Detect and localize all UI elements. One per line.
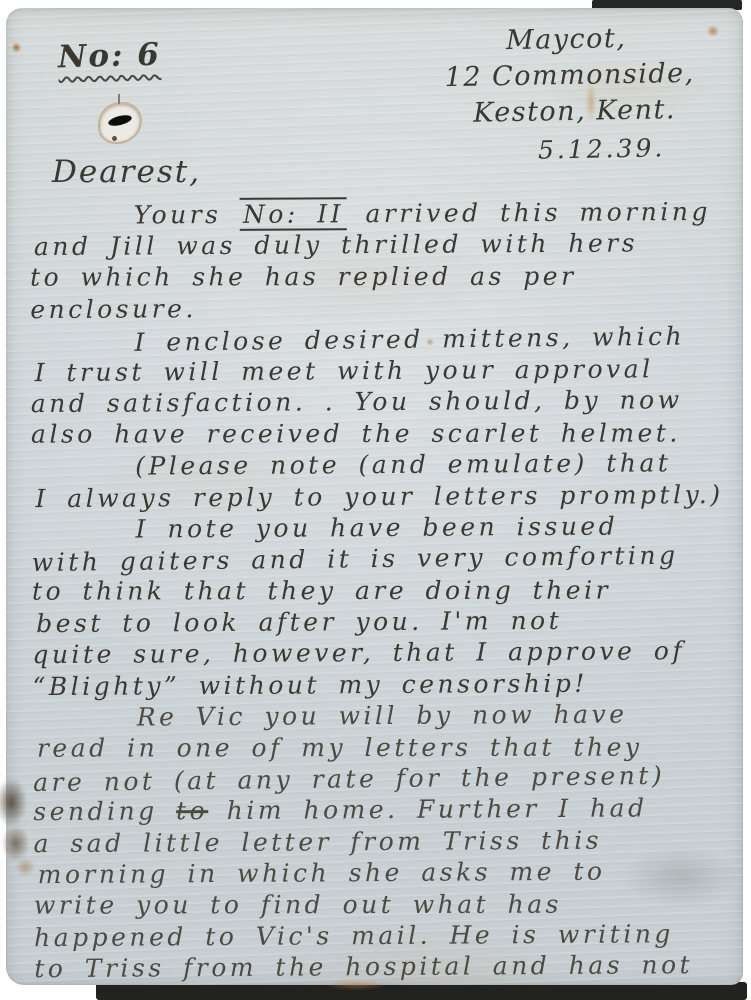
- handwritten-text: I note you have been issued: [136, 511, 619, 543]
- handwritten-text: I always reply to your letters promptly.…: [35, 479, 723, 512]
- handwritten-text: sending: [33, 797, 176, 827]
- handwritten-text: enclosure.: [30, 294, 197, 324]
- rust-spot: [12, 42, 21, 53]
- handwritten-text: read in one of my letters that they: [37, 732, 643, 762]
- letter-line: also have received the scarlet helmet.: [31, 417, 737, 450]
- letter-body: Yours No: II arrived this morningand Jil…: [30, 196, 741, 985]
- letter-date: 5.12.39.: [538, 128, 697, 171]
- handwritten-text: are not (at any rate for the present): [33, 761, 665, 797]
- address-line: Keston, Kent.: [473, 92, 696, 132]
- letter-line: and satisfaction. . You should, by now: [31, 384, 737, 420]
- handwritten-text: him home. Further I had: [208, 794, 647, 826]
- letter-line: sending to him home. Further I had: [33, 792, 739, 828]
- handwritten-text: also have received the scarlet helmet.: [31, 418, 681, 448]
- address-block: Maycot, 12 Commonside, Keston, Kent. 5.1…: [444, 20, 697, 172]
- letter-line: to which she has replied as per: [30, 260, 736, 293]
- handwritten-text: best to look after you. I'm not: [36, 606, 562, 638]
- handwritten-text: I trust will meet with your approval: [35, 354, 654, 387]
- handwritten-text: Re Vic you will by now have: [137, 700, 628, 732]
- letter-number: No: 6: [58, 37, 162, 76]
- handwritten-text: quite sure, however, that I approve of: [32, 637, 685, 670]
- salutation: Dearest,: [52, 154, 201, 190]
- scanned-letter: No: 6 Maycot, 12 Commonside, Keston, Ken…: [0, 0, 751, 1000]
- handwritten-text: a sad little letter from Triss this: [33, 825, 602, 857]
- letter-line: Yours No: II arrived this morning: [30, 196, 736, 232]
- letter-line: (Please note (and emulate) that: [31, 447, 737, 483]
- letter-line: I always reply to your letters promptly.…: [31, 478, 737, 514]
- letter-line: write you to find out what has: [34, 888, 740, 921]
- letter-line: with gaiters and it is very comforting: [32, 539, 738, 578]
- address-line: 12 Commonside,: [444, 56, 695, 96]
- handwritten-text: arrived this morning: [347, 197, 711, 228]
- letter-line: to Triss from the hospital and has not: [34, 949, 740, 985]
- letter-line: best to look after you. I'm not: [32, 604, 738, 640]
- letter-line: read in one of my letters that they: [33, 731, 739, 764]
- handwritten-text: to think that they are doing their: [32, 575, 611, 605]
- letter-page: No: 6 Maycot, 12 Commonside, Keston, Ken…: [6, 8, 743, 985]
- handwritten-text: write you to find out what has: [34, 889, 562, 919]
- letter-reference-numeral: No: II: [240, 197, 347, 231]
- letter-line: quite sure, however, that I approve of: [32, 635, 738, 671]
- letter-line: morning in which she asks me to: [34, 855, 740, 891]
- handwritten-text: to Triss from the hospital and has not: [34, 950, 693, 983]
- handwritten-text: happened to Vic's mail. He is writing: [34, 919, 674, 952]
- handwritten-text: and Jill was duly thrilled with hers: [34, 229, 638, 262]
- rust-spot: [706, 26, 720, 36]
- pin-hole: [96, 94, 144, 148]
- address-line: Maycot,: [506, 20, 695, 59]
- letter-line: to think that they are doing their: [32, 574, 738, 607]
- letter-line: “Blighty” without my censorship!: [32, 667, 738, 703]
- handwritten-text: Yours: [134, 200, 240, 230]
- letter-line: a sad little letter from Triss this: [33, 824, 739, 860]
- handwritten-text: morning in which she asks me to: [38, 857, 606, 889]
- handwritten-text: I enclose desired mittens, which: [134, 321, 685, 356]
- letter-line: Re Vic you will by now have: [33, 698, 739, 734]
- handwritten-text: and satisfaction. . You should, by now: [31, 386, 683, 419]
- handwritten-text: (Please note (and emulate) that: [135, 448, 671, 480]
- letter-line: and Jill was duly thrilled with hers: [30, 227, 736, 263]
- struck-word: to: [176, 797, 208, 826]
- handwritten-text: to which she has replied as per: [30, 261, 577, 291]
- letter-line: happened to Vic's mail. He is writing: [34, 918, 740, 954]
- handwritten-text: “Blighty” without my censorship!: [32, 669, 587, 701]
- handwritten-text: with gaiters and it is very comforting: [32, 541, 679, 577]
